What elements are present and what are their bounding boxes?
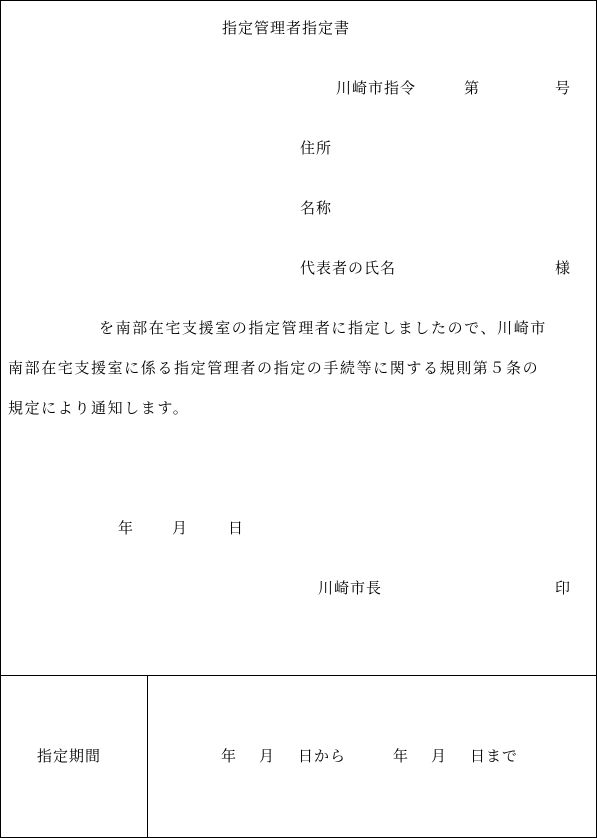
address-label: 住所 — [300, 139, 332, 157]
period-from-year: 年 — [221, 747, 237, 765]
issuer-seal: 印 — [555, 579, 571, 597]
period-from-day: 日から — [298, 747, 346, 765]
order-dai: 第 — [464, 79, 480, 97]
representative-label: 代表者の氏名 — [300, 259, 396, 277]
body-line-1: を南部在宅支援室の指定管理者に指定しましたので、川崎市 — [99, 319, 547, 337]
document-frame — [0, 0, 597, 838]
period-to-month: 月 — [431, 747, 447, 765]
table-top-border — [0, 675, 597, 676]
document-title: 指定管理者指定書 — [222, 19, 350, 37]
period-from-month: 月 — [259, 747, 275, 765]
order-go: 号 — [555, 79, 571, 97]
period-label: 指定期間 — [37, 747, 101, 765]
period-to-year: 年 — [393, 747, 409, 765]
date-month: 月 — [172, 519, 188, 537]
body-line-2: 南部在宅支援室に係る指定管理者の指定の手続等に関する規則第５条の — [8, 359, 539, 377]
honorific: 様 — [555, 259, 571, 277]
order-prefix: 川崎市指令 — [336, 79, 416, 97]
period-to-day: 日まで — [470, 747, 518, 765]
date-day: 日 — [228, 519, 244, 537]
name-label: 名称 — [300, 199, 332, 217]
date-year: 年 — [118, 519, 134, 537]
body-line-3: 規定により通知します。 — [8, 399, 189, 417]
table-column-divider — [147, 675, 148, 838]
issuer-name: 川崎市長 — [318, 579, 382, 597]
